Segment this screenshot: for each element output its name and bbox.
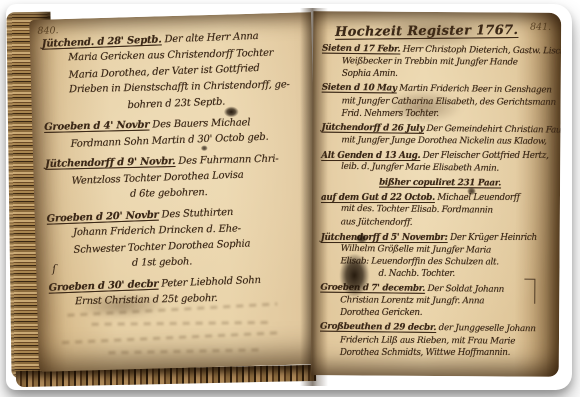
entry-place-date: Jütchendorff d 26 July	[321, 122, 424, 133]
ink-blot	[467, 187, 476, 195]
left-page: 840. ſ Jütchend. d 28' Septb. Der alte H…	[29, 12, 321, 372]
entry-place-date: bißher copuliret 231 Paar.	[379, 178, 501, 189]
entry-place-date: Jütchendorff d 5' Novembr:	[321, 233, 448, 243]
manuscript-photo: 840. ſ Jütchend. d 28' Septb. Der alte H…	[0, 0, 580, 397]
manuscript-line: Weißbecker in Trebbin mit Jungfer Hande	[342, 57, 556, 68]
manuscript-line: Dorothea Schmidts, Wittwe Hoffmannin.	[340, 348, 554, 358]
page-number-left: 840.	[37, 25, 58, 37]
gutter-shadow	[300, 8, 328, 386]
open-book: 840. ſ Jütchend. d 28' Septb. Der alte H…	[6, 4, 572, 390]
manuscript-line: Dorothea Gericken.	[340, 309, 554, 319]
manuscript-line: Fordmann Sohn Martin d 30' Octob geb.	[70, 130, 306, 151]
manuscript-line: Drieben in Dienstschafft in Christendorf…	[69, 79, 305, 96]
manuscript-line: aus Jütchendorff.	[341, 217, 555, 228]
manuscript-line: mit des. Tochter Elisab. Fordmannin	[341, 204, 555, 217]
ink-blot	[356, 233, 368, 243]
manuscript-line: mit Jungfer Junge Dorothea Nickelin aus …	[341, 135, 555, 146]
page-number-right: 841.	[530, 22, 551, 33]
manuscript-line: Großbeuthen d 29 decbr. der Junggeselle …	[320, 322, 554, 335]
manuscript-line: Alt Genden d 13 Aug. Der Fleischer Gottf…	[321, 151, 555, 161]
manuscript-line: Friderich Lilß aus Rieben, mit Frau Mari…	[340, 335, 554, 346]
entry-place-date: Großbeuthen d 29 decbr.	[320, 322, 436, 333]
entry-place-date: Alt Genden d 13 Aug.	[321, 151, 420, 161]
manuscript-line: d 1st geboh.	[132, 254, 310, 270]
manuscript-line: Wilhelm Größelle mit Jungfer Maria	[341, 243, 555, 256]
manuscript-line: Christian Lorentz mit Jungfr. Anna	[340, 296, 554, 307]
manuscript-line: Sophia Amin.	[342, 69, 556, 79]
manuscript-line: auf dem Gut d 22 Octob. Michael Leuendor…	[321, 193, 555, 203]
entry-place-date: Jütchendorff d 9' Novbr.	[45, 156, 175, 170]
ink-blot	[339, 253, 369, 297]
manuscript-line: d 6te gebohren.	[130, 185, 308, 201]
margin-bracket	[524, 279, 535, 304]
manuscript-line: bohren d 23t Septb.	[127, 94, 305, 113]
right-page: 841. Hochzeit Register 1767. Sieten d 17…	[311, 11, 562, 377]
entry-place-date: Jütchend. d 28' Septb.	[42, 34, 162, 49]
entry-place-date: Sieten d 17 Febr.	[322, 44, 400, 55]
manuscript-line: Jütchendorff d 26 July Der Gemeindehirt …	[321, 122, 555, 135]
manuscript-line: bißher copuliret 231 Paar.	[379, 178, 555, 189]
manuscript-line: Elisab: Leuendorffin des Schulzen alt.	[340, 256, 554, 267]
manuscript-line: leib. d. Jungfer Marie Elisabeth Amin.	[341, 162, 555, 175]
left-page-text: Jütchend. d 28' Septb. Der alte Herr Ann…	[42, 30, 311, 309]
entry-place-date: Groeben d 30' decbr	[48, 279, 158, 294]
entry-place-date: Groeben d 4' Novbr	[44, 120, 149, 133]
entry-place-date: Groeben d 7' decembr.	[320, 283, 425, 294]
entry-place-date: auf dem Gut d 22 Octob.	[321, 193, 435, 203]
entry-place-date: Sieten d 10 May	[322, 83, 397, 94]
entry-place-date: Groeben d 20' Novbr	[47, 210, 159, 225]
